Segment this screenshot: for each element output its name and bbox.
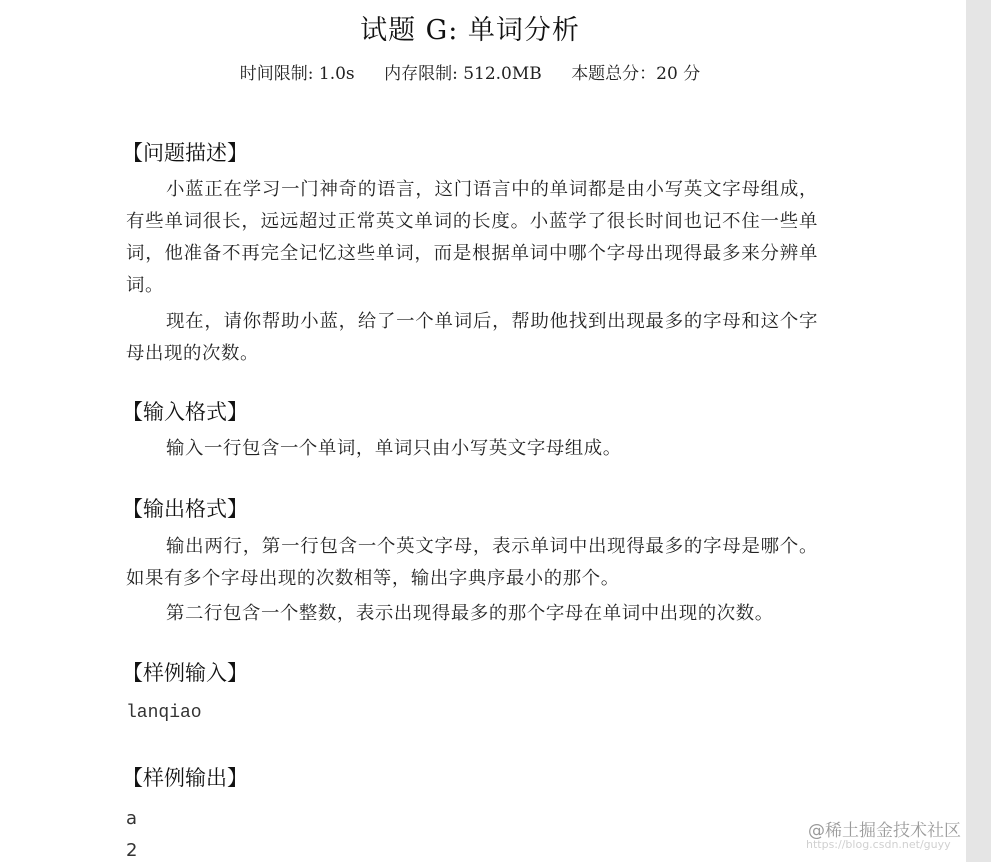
sample-input-heading: 【样例输入】: [122, 657, 248, 687]
output-format-paragraph-1: 输出两行，第一行包含一个英文字母，表示单词中出现得最多的字母是哪个。如果有多个字…: [126, 531, 818, 595]
description-paragraph-2: 现在，请你帮助小蓝，给了一个单词后，帮助他找到出现最多的字母和这个字母出现的次数…: [126, 306, 818, 370]
problem-page: 试题 G: 单词分析 时间限制: 1.0s 内存限制: 512.0MB 本题总分…: [0, 0, 966, 862]
sample-output-heading: 【样例输出】: [122, 762, 248, 792]
memory-limit: 内存限制: 512.0MB: [384, 64, 542, 84]
problem-meta: 时间限制: 1.0s 内存限制: 512.0MB 本题总分：20 分: [0, 59, 940, 84]
time-limit: 时间限制: 1.0s: [240, 64, 355, 84]
output-format-paragraph-2: 第二行包含一个整数，表示出现得最多的那个字母在单词中出现的次数。: [126, 598, 818, 630]
problem-title: 试题 G: 单词分析: [0, 8, 940, 47]
description-paragraph-1: 小蓝正在学习一门神奇的语言，这门语言中的单词都是由小写英文字母组成，有些单词很长…: [126, 174, 818, 302]
sample-input-line: lanqiao: [126, 703, 202, 723]
page-gutter: [966, 0, 991, 862]
input-format-paragraph: 输入一行包含一个单词，单词只由小写英文字母组成。: [126, 433, 818, 465]
watermark-url: https://blog.csdn.net/guyy: [806, 838, 951, 851]
output-format-heading: 【输出格式】: [122, 493, 248, 523]
total-score: 本题总分：20 分: [571, 64, 700, 84]
sample-output-line-2: 2: [126, 840, 137, 861]
input-format-heading: 【输入格式】: [122, 396, 248, 426]
description-heading: 【问题描述】: [122, 137, 248, 167]
sample-output-line-1: a: [126, 808, 137, 829]
